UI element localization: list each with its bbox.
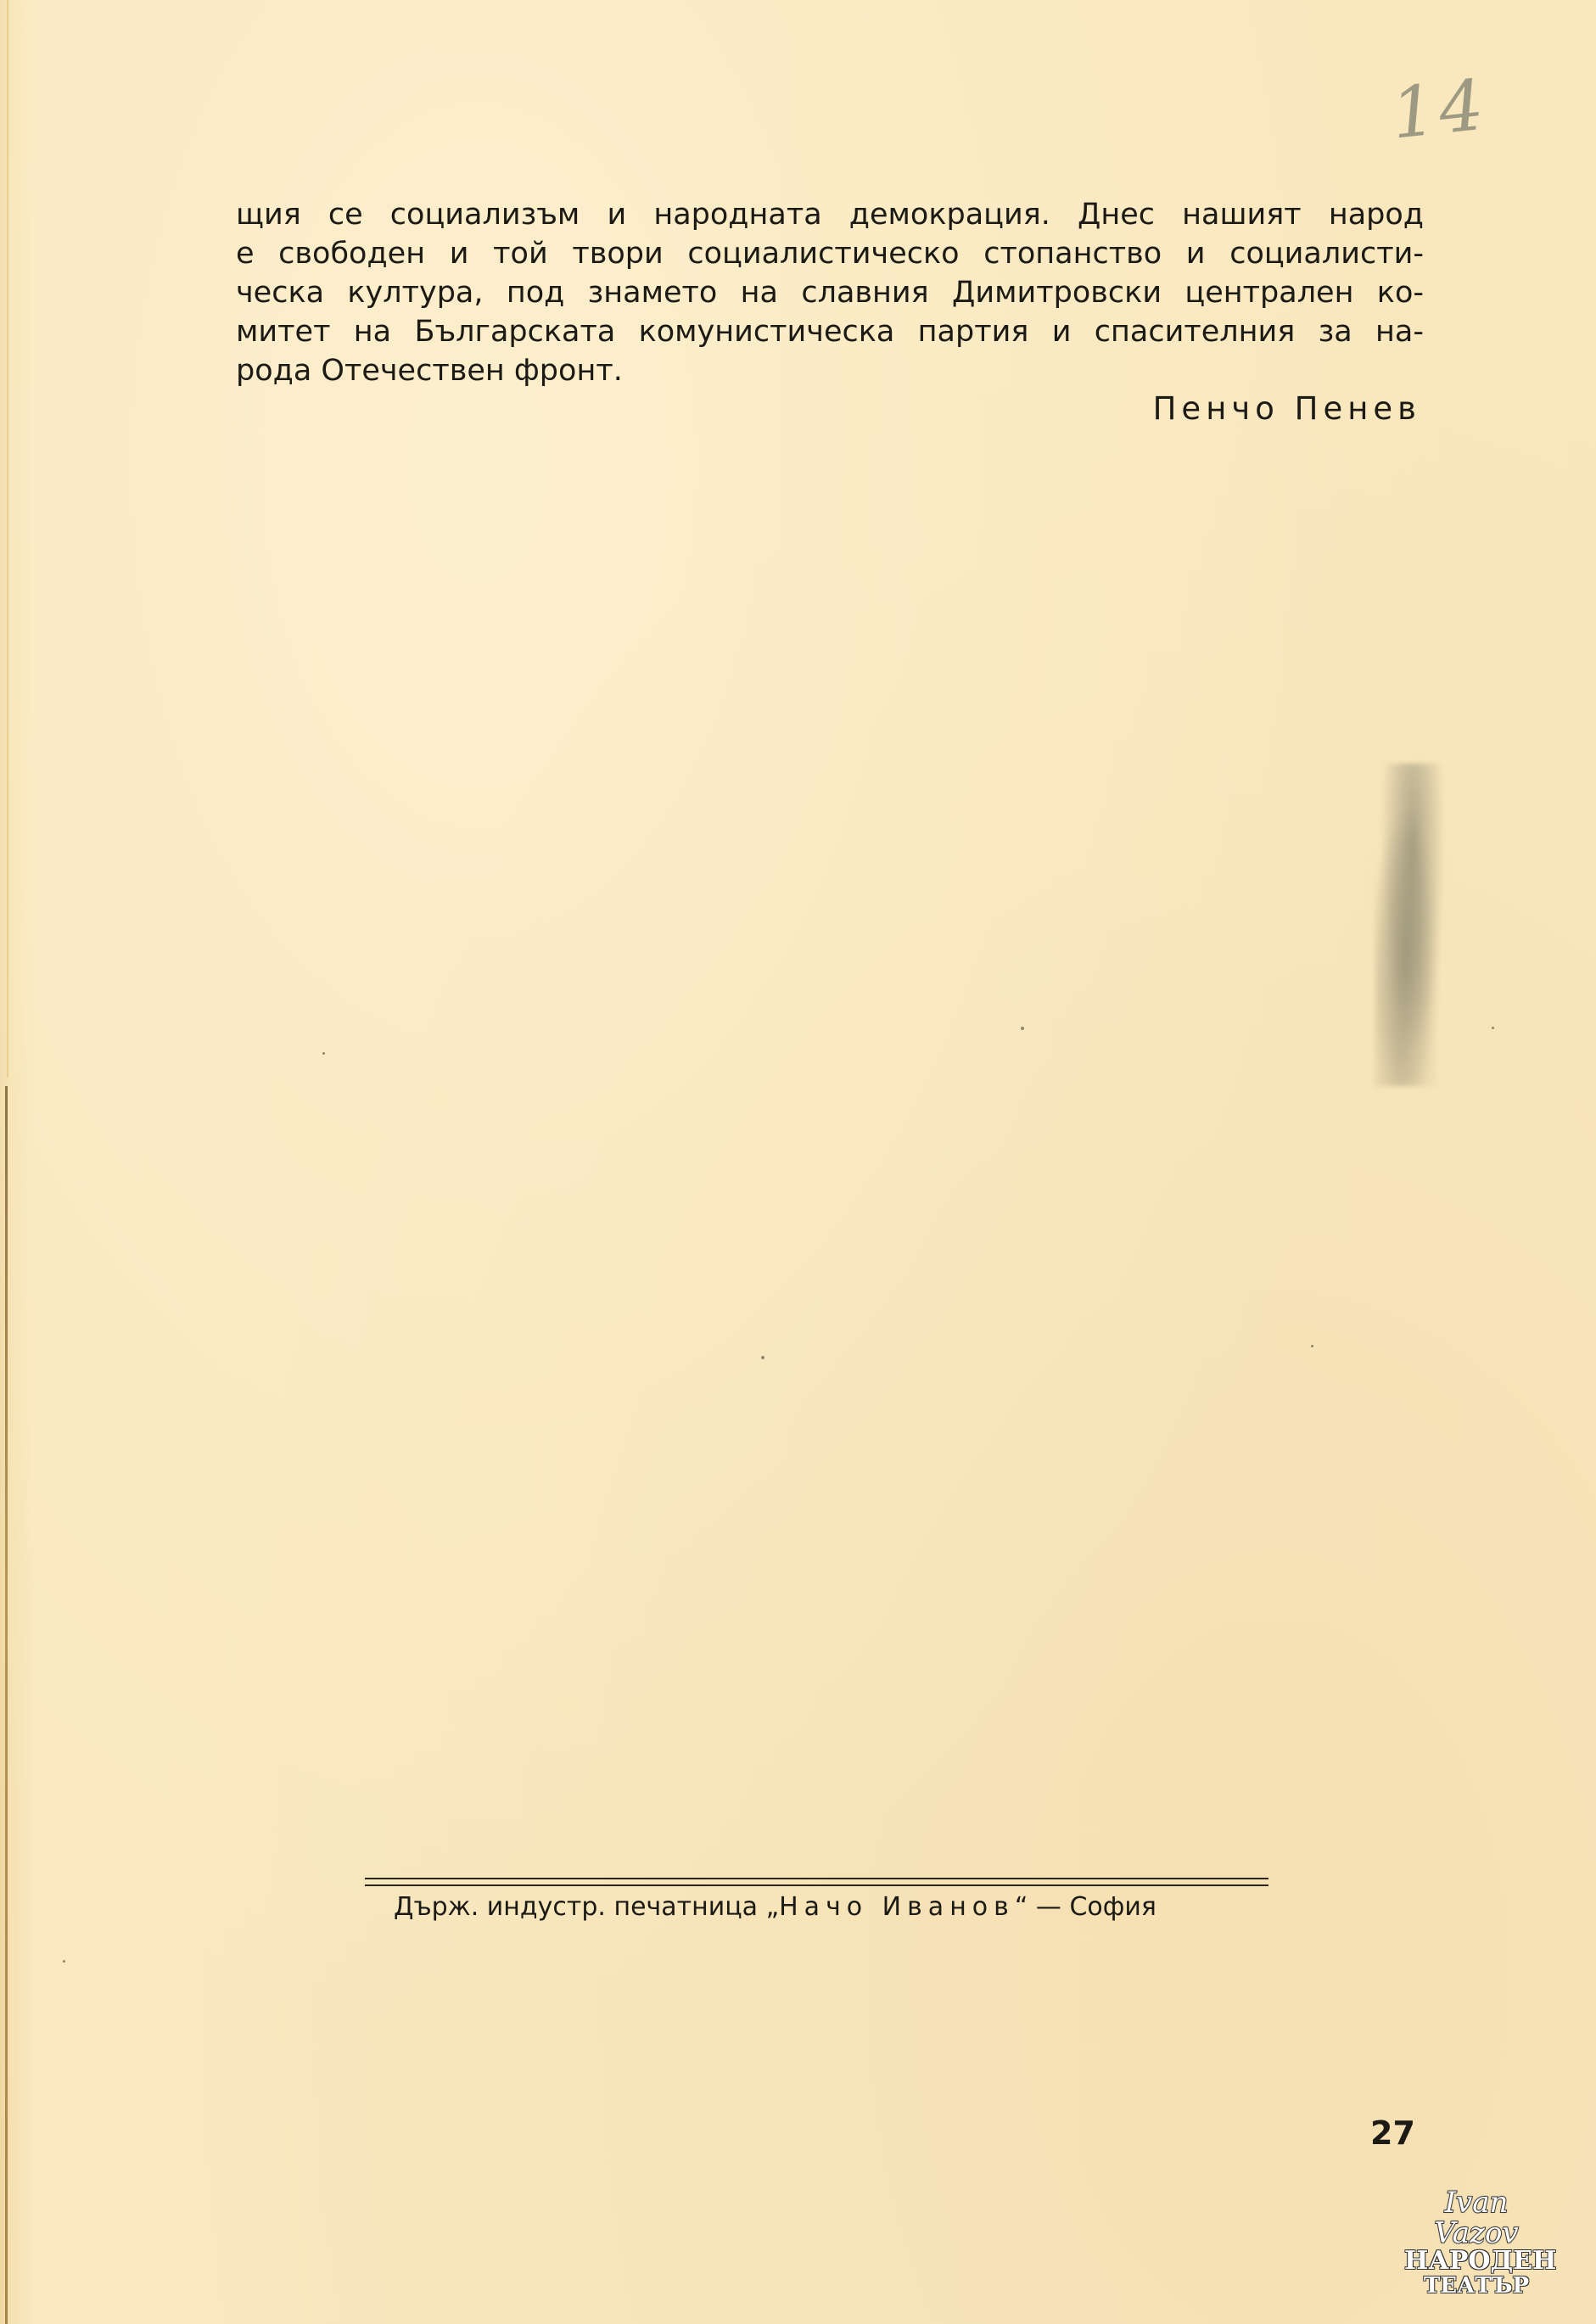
page-number: 27 — [1370, 2114, 1415, 2152]
scanned-page: 14 щия се социализъм и народната демокра… — [0, 0, 1596, 2324]
binding-edge-line — [5, 1086, 8, 2324]
logo-text-line2: ТЕАТЪР — [1404, 2274, 1548, 2298]
body-line: щия се социализъм и народната демокрация… — [236, 195, 1424, 234]
paper-speck — [1021, 1027, 1024, 1030]
printer-imprint: Държ. индустр. печатница „Начо Иванов“ —… — [394, 1890, 1156, 1924]
body-paragraph: щия се социализъм и народната демокрация… — [236, 195, 1424, 390]
imprint-rule — [365, 1884, 1268, 1886]
imprint-printer-name: Начо Иванов — [779, 1892, 1015, 1922]
paper-speck — [1311, 1345, 1313, 1347]
paper-speck — [761, 1356, 764, 1359]
imprint-suffix: “ — София — [1015, 1892, 1156, 1922]
handwritten-folio-number: 14 — [1387, 64, 1491, 154]
national-theatre-logo: Ivan Vazov НАРОДЕН ТЕАТЪР — [1404, 2187, 1548, 2298]
logo-script-signature: Ivan Vazov — [1404, 2187, 1548, 2248]
logo-text-line1: НАРОДЕН — [1404, 2248, 1548, 2274]
imprint-prefix: Държ. индустр. печатница „ — [394, 1892, 779, 1922]
paper-speck — [322, 1052, 325, 1055]
imprint-rule — [365, 1878, 1268, 1879]
paper-speck — [63, 1960, 65, 1963]
author-signature: Пенчо Пенев — [1153, 390, 1421, 427]
paper-speck — [1492, 1027, 1494, 1029]
body-line: рода Отечествен фронт. — [236, 351, 1424, 390]
body-line: митет на Българската комунистическа парт… — [236, 312, 1424, 351]
body-line: ческа култура, под знамето на славния Ди… — [236, 273, 1424, 312]
body-line: е свободен и той твори социалистическо с… — [236, 234, 1424, 273]
page-fold-edge — [7, 0, 8, 1078]
ink-smudge — [1375, 764, 1451, 1086]
